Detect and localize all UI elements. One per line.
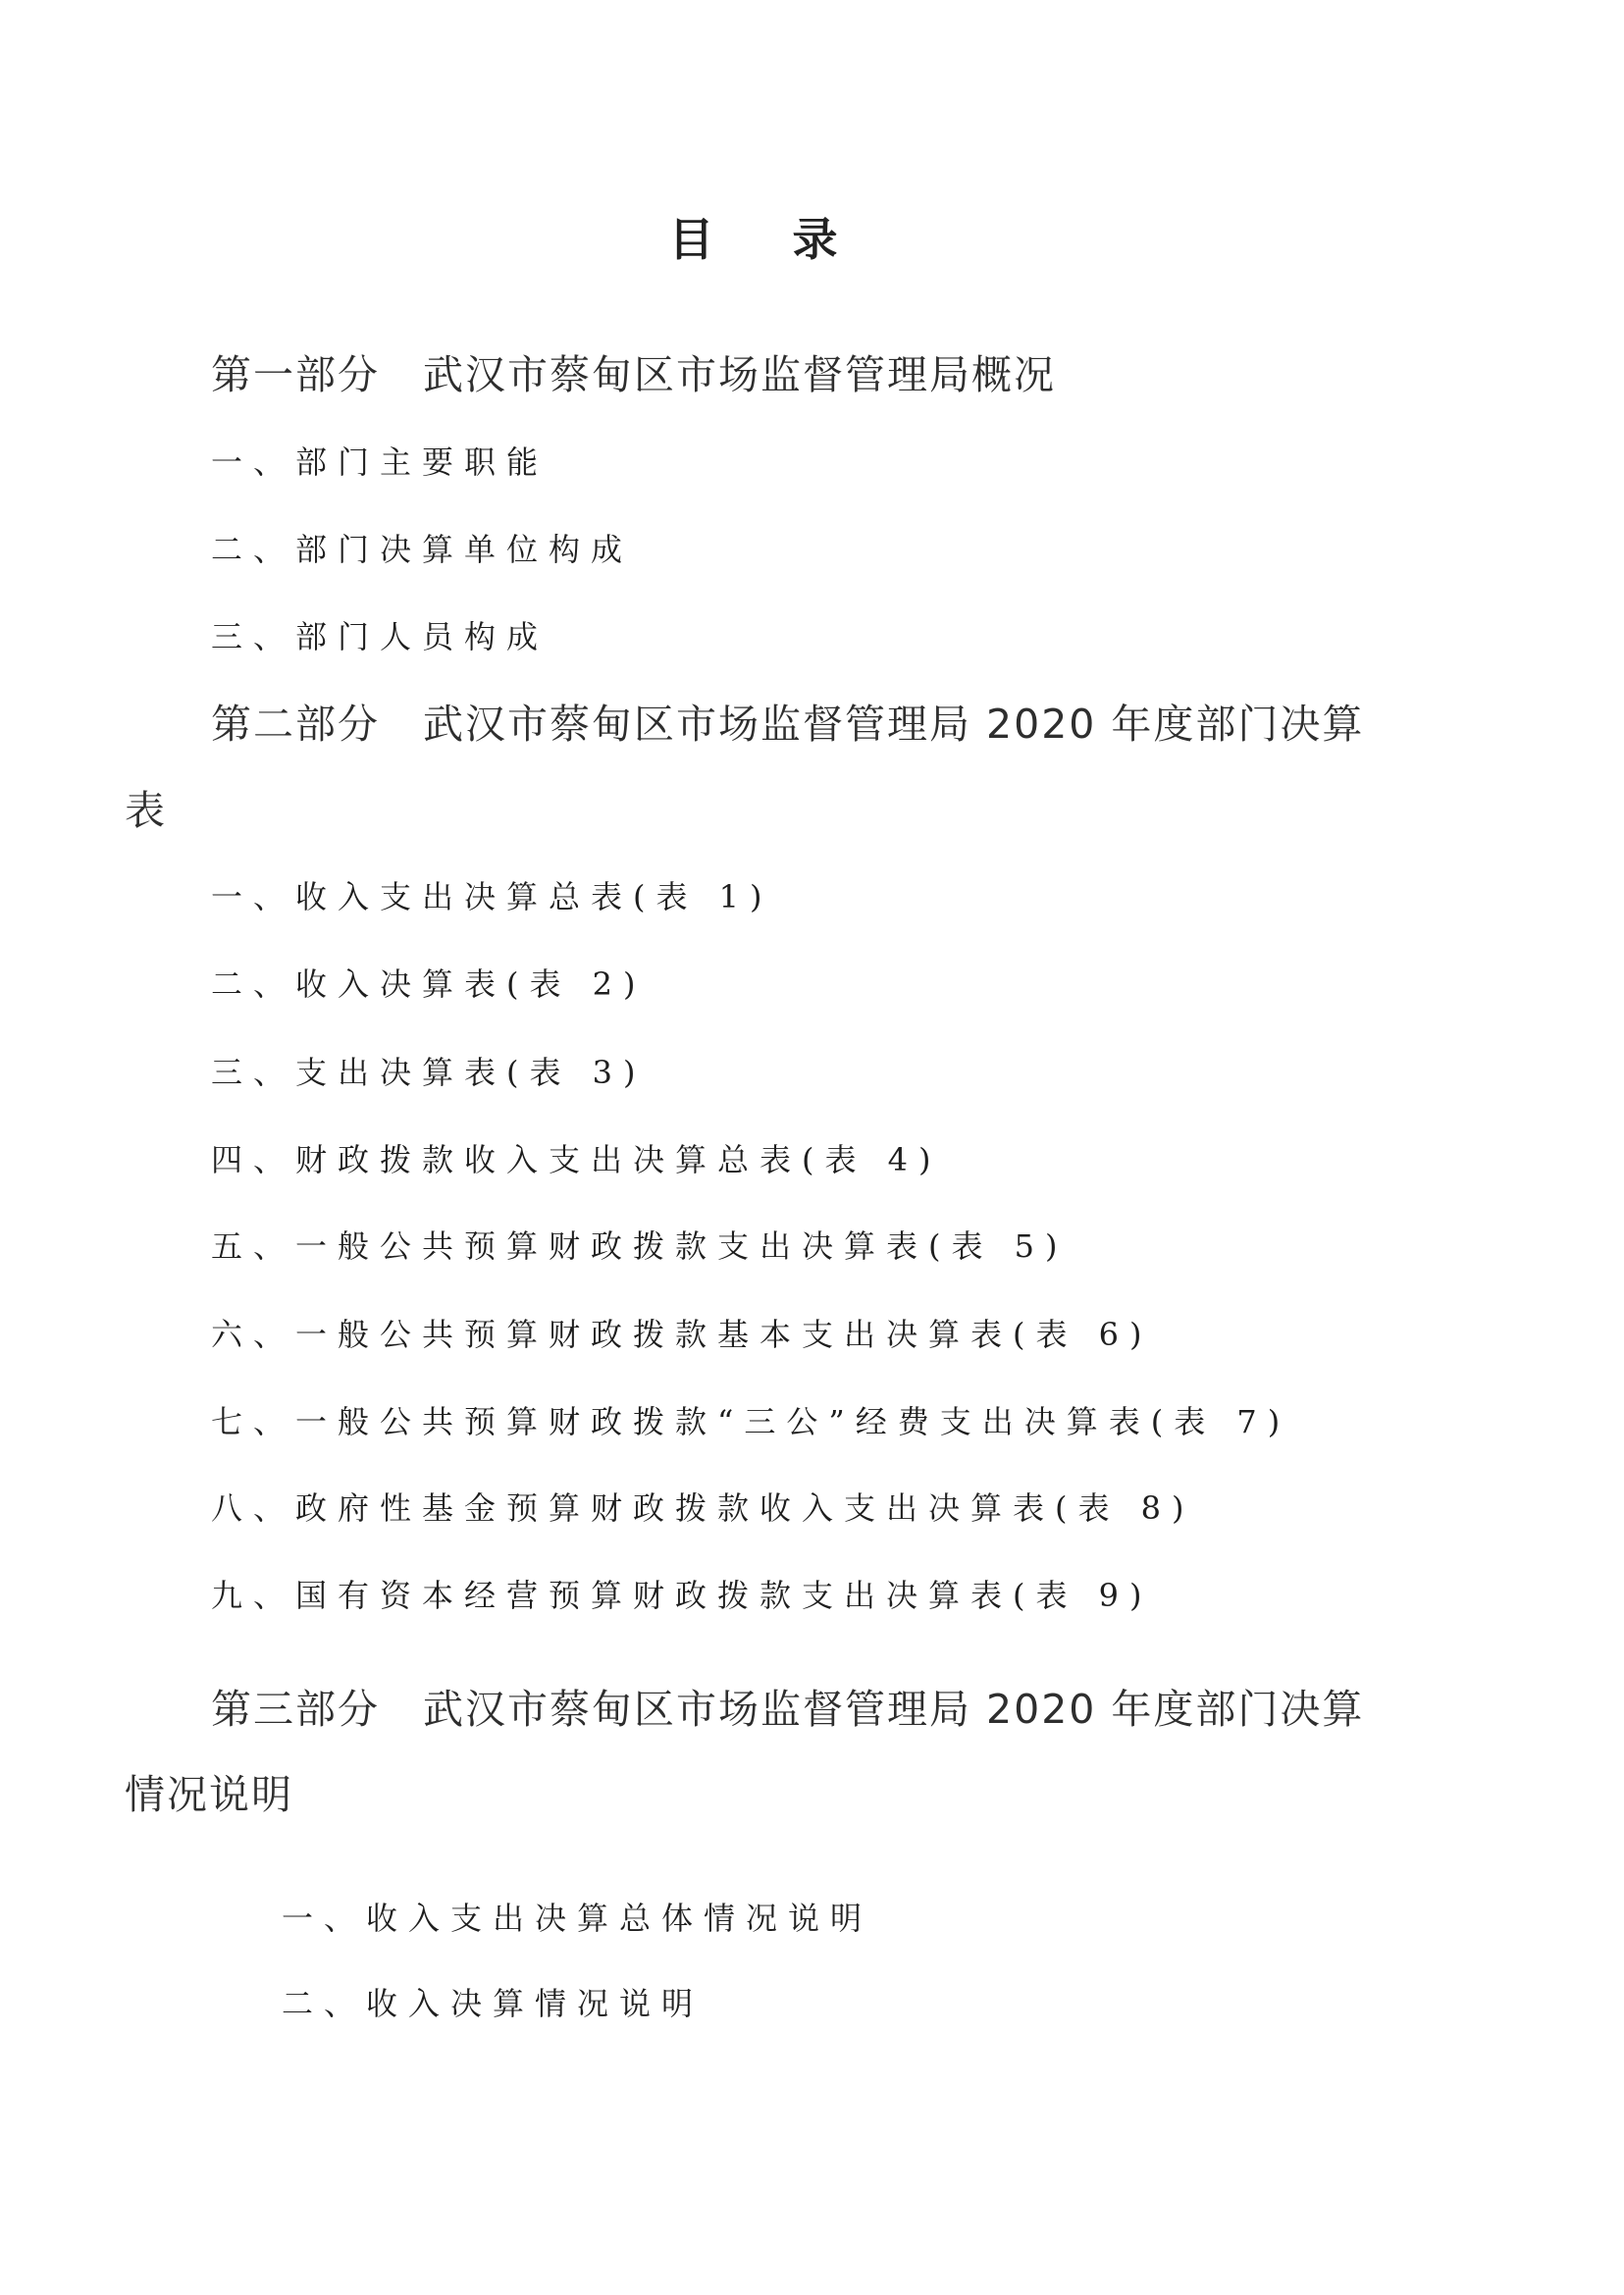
toc-item-part3-2[interactable]: 二、收入决算情况说明 xyxy=(282,1974,704,2033)
toc-item-part2-2[interactable]: 二、收入决算表(表 2) xyxy=(211,955,647,1014)
part3-heading-label: 第三部分 xyxy=(211,1686,380,1733)
part2-heading-wrap[interactable]: 表 xyxy=(125,781,167,840)
part3-heading[interactable]: 第三部分武汉市蔡甸区市场监督管理局 2020 年度部门决算 xyxy=(211,1680,1364,1739)
page-title: 目录 xyxy=(0,210,1506,269)
part3-heading-text: 武汉市蔡甸区市场监督管理局 2020 年度部门决算 xyxy=(423,1686,1364,1733)
part1-heading-text: 武汉市蔡甸区市场监督管理局概况 xyxy=(423,351,1056,398)
title-char-2: 录 xyxy=(793,213,838,266)
toc-item-part2-5[interactable]: 五、一般公共预算财政拨款支出决算表(表 5) xyxy=(211,1217,1069,1276)
part2-heading-label: 第二部分 xyxy=(211,701,380,748)
toc-item-part2-1[interactable]: 一、收入支出决算总表(表 1) xyxy=(211,867,773,926)
part2-heading-text: 武汉市蔡甸区市场监督管理局 2020 年度部门决算 xyxy=(423,701,1364,748)
part1-heading[interactable]: 第一部分武汉市蔡甸区市场监督管理局概况 xyxy=(211,345,1056,404)
toc-item-part2-9[interactable]: 九、国有资本经营预算财政拨款支出决算表(表 9) xyxy=(211,1566,1153,1625)
toc-item-part2-3[interactable]: 三、支出决算表(表 3) xyxy=(211,1043,647,1102)
toc-item-part2-6[interactable]: 六、一般公共预算财政拨款基本支出决算表(表 6) xyxy=(211,1305,1153,1364)
part2-heading[interactable]: 第二部分武汉市蔡甸区市场监督管理局 2020 年度部门决算 xyxy=(211,695,1364,754)
toc-item-part1-2[interactable]: 二、部门决算单位构成 xyxy=(211,520,633,579)
toc-item-part3-1[interactable]: 一、收入支出决算总体情况说明 xyxy=(282,1889,872,1948)
toc-item-part1-3[interactable]: 三、部门人员构成 xyxy=(211,607,549,666)
toc-item-part2-7[interactable]: 七、一般公共预算财政拨款“三公”经费支出决算表(表 7) xyxy=(211,1392,1290,1451)
toc-item-part2-8[interactable]: 八、政府性基金预算财政拨款收入支出决算表(表 8) xyxy=(211,1479,1195,1538)
toc-item-part1-1[interactable]: 一、部门主要职能 xyxy=(211,433,549,492)
toc-item-part2-4[interactable]: 四、财政拨款收入支出决算总表(表 4) xyxy=(211,1130,942,1189)
toc-page: 目录 第一部分武汉市蔡甸区市场监督管理局概况 一、部门主要职能 二、部门决算单位… xyxy=(0,0,1624,2295)
part1-heading-label: 第一部分 xyxy=(211,351,380,398)
part3-heading-wrap[interactable]: 情况说明 xyxy=(125,1765,293,1824)
title-char-1: 目 xyxy=(669,213,714,266)
